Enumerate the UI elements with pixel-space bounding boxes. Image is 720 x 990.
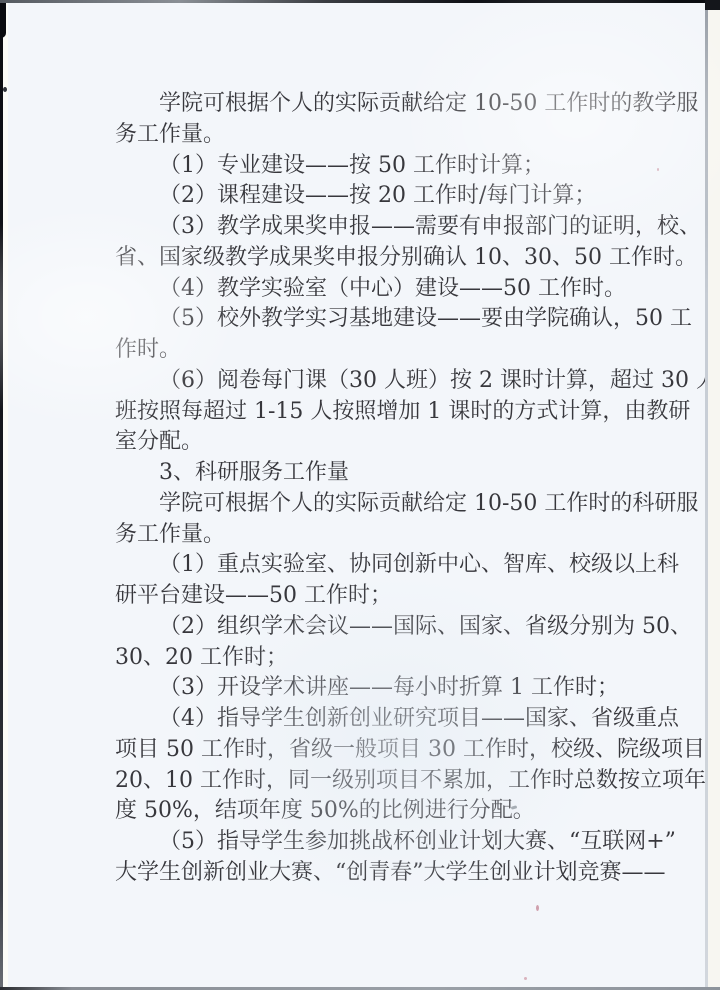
- text-line: 项目 50 工作时，省级一般项目 30 工作时，校级、院级项目: [115, 735, 639, 766]
- scan-edge-left-paper-strip: [3, 0, 8, 990]
- scan-edge-left-shadow: [0, 0, 3, 990]
- section-heading-research-workload: 3、科研服务工作量: [115, 458, 639, 489]
- text-line: （2）组织学术会议——国际、国家、省级分别为 50、: [115, 612, 639, 643]
- text-line: 班按照每超过 1-15 人按照增加 1 课时的方式计算，由教研: [115, 397, 639, 428]
- text-line: 省、国家级教学成果奖申报分别确认 10、30、50 工作时。: [115, 243, 639, 274]
- text-line: 务工作量。: [115, 520, 639, 551]
- scan-speck: [3, 87, 7, 92]
- text-line: （4）教学实验室（中心）建设——50 工作时。: [115, 274, 639, 305]
- scan-corner-top-right: [705, 0, 720, 10]
- text-line: （3）开设学术讲座——每小时折算 1 工作时；: [115, 673, 639, 704]
- text-line: （5）校外教学实习基地建设——要由学院确认，50 工: [115, 304, 639, 335]
- text-line: 30、20 工作时；: [115, 643, 639, 674]
- text-line: （5）指导学生参加挑战杯创业计划大赛、“互联网+”: [115, 827, 639, 858]
- scan-speck: [657, 168, 659, 171]
- text-line: 大学生创新创业大赛、“创青春”大学生创业计划竞赛——: [115, 858, 639, 889]
- scan-edge-right-shadow-line: [705, 0, 708, 990]
- text-line: 研平台建设——50 工作时；: [115, 581, 639, 612]
- text-line: 学院可根据个人的实际贡献给定 10-50 工作时的教学服: [115, 89, 639, 120]
- text-line: 室分配。: [115, 427, 639, 458]
- text-line: （6）阅卷每门课（30 人班）按 2 课时计算，超过 30 人: [115, 366, 639, 397]
- text-line: （4）指导学生创新创业研究项目——国家、省级重点: [115, 704, 639, 735]
- scan-edge-right-paper-strip: [708, 0, 720, 990]
- text-line: （3）教学成果奖申报——需要有申报部门的证明，校、: [115, 212, 639, 243]
- text-line: 20、10 工作时，同一级别项目不累加，工作时总数按立项年: [115, 766, 639, 797]
- text-line: 务工作量。: [115, 120, 639, 151]
- scan-speck: [524, 977, 527, 980]
- text-line: 学院可根据个人的实际贡献给定 10-50 工作时的科研服: [115, 489, 639, 520]
- scan-speck: [536, 905, 539, 911]
- text-line: 度 50%，结项年度 50%的比例进行分配。: [115, 796, 639, 827]
- scan-corner-top-left: [0, 0, 6, 38]
- document-text-block: 学院可根据个人的实际贡献给定 10-50 工作时的教学服 务工作量。 （1）专业…: [115, 89, 639, 889]
- text-line: （1）重点实验室、协同创新中心、智库、校级以上科: [115, 550, 639, 581]
- text-line: （2）课程建设——按 20 工作时/每门计算；: [115, 181, 639, 212]
- text-line: （1）专业建设——按 50 工作时计算；: [115, 151, 639, 182]
- scan-edge-top-shadow: [0, 0, 720, 3]
- text-line: 作时。: [115, 335, 639, 366]
- scanned-document-page: 学院可根据个人的实际贡献给定 10-50 工作时的教学服 务工作量。 （1）专业…: [0, 0, 720, 990]
